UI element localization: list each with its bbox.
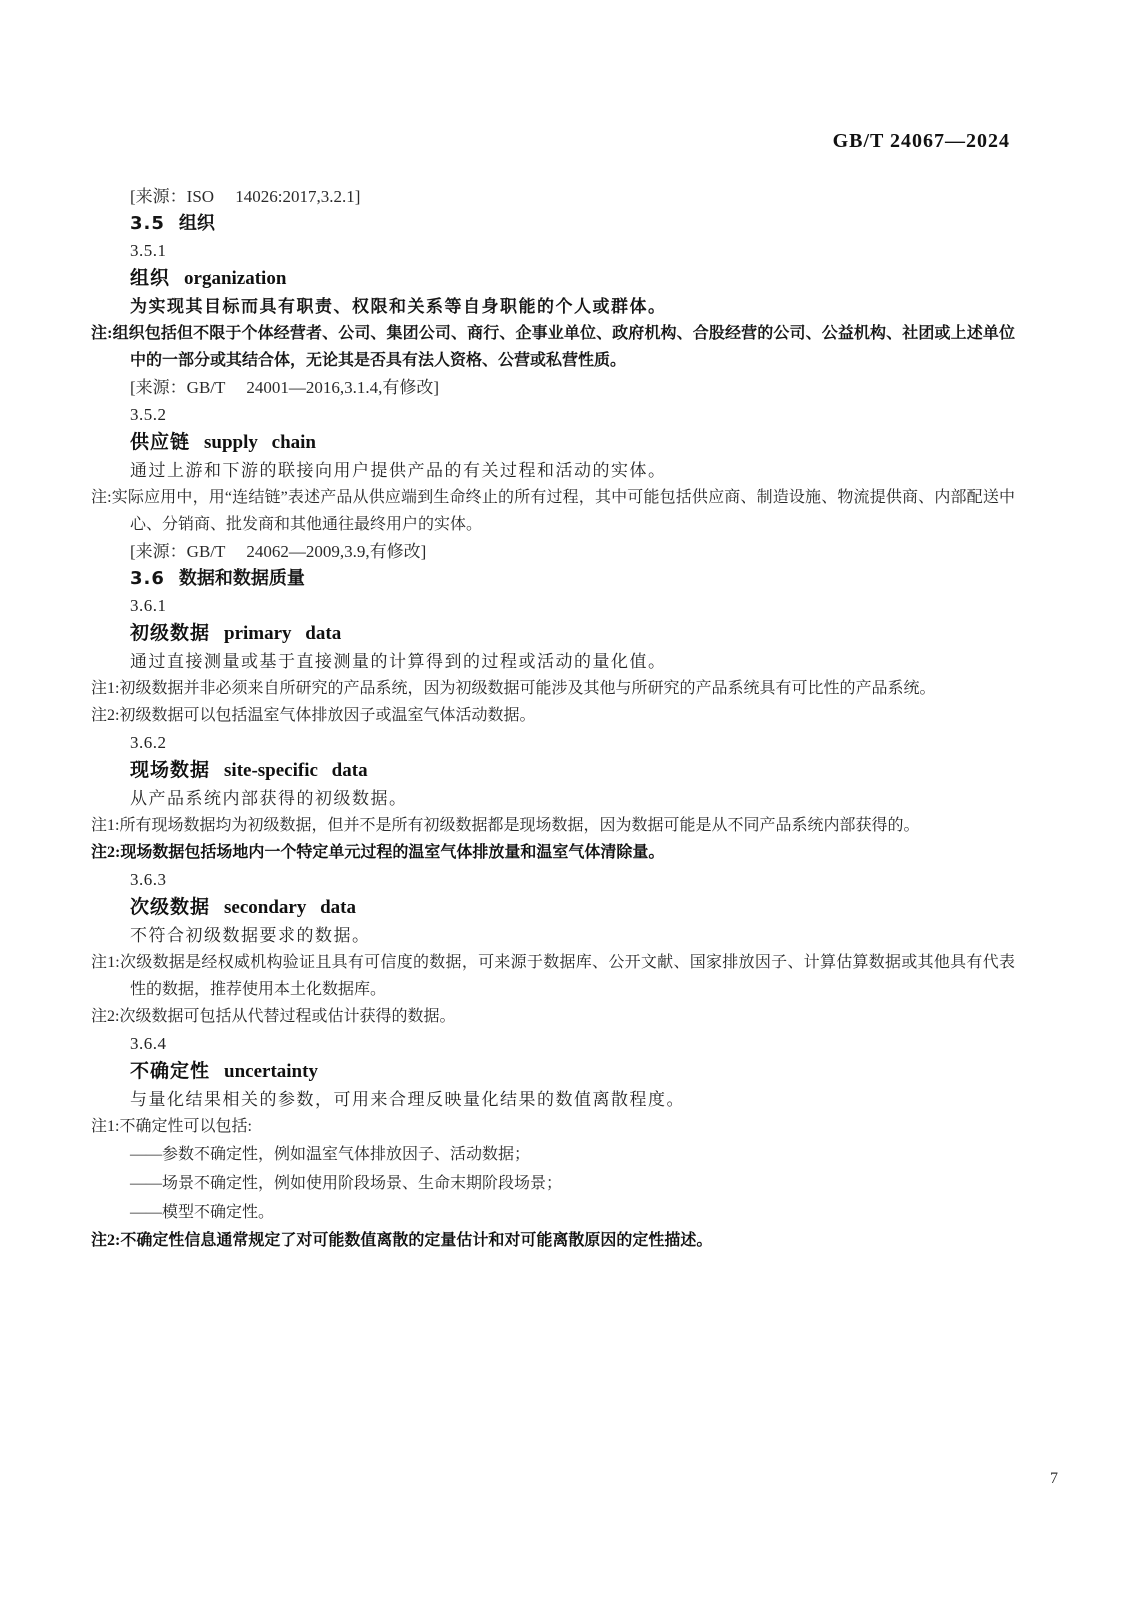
standard-number-header: GB/T 24067—2024 bbox=[833, 130, 1010, 153]
note-text: 初级数据可以包括温室气体排放因子或温室气体活动数据。 bbox=[119, 707, 535, 724]
term-line-secondary-data: 次级数据secondary data bbox=[130, 893, 1015, 922]
term-zh: 供应链 bbox=[130, 431, 190, 453]
section-number: 3.5 bbox=[130, 213, 165, 234]
note-1-uncertainty: 注1:不确定性可以包括: bbox=[130, 1113, 1015, 1140]
term-zh: 次级数据 bbox=[130, 896, 210, 918]
note-label: 注: bbox=[91, 325, 112, 342]
clause-number-3-6-3: 3.6.3 bbox=[130, 866, 1015, 893]
note-text: 不确定性可以包括: bbox=[119, 1118, 251, 1135]
term-zh: 初级数据 bbox=[130, 622, 210, 644]
note-text: 初级数据并非必须来自所研究的产品系统，因为初级数据可能涉及其他与所研究的产品系统… bbox=[119, 680, 935, 697]
term-en: organization bbox=[184, 268, 286, 289]
note-label: 注1: bbox=[91, 680, 119, 697]
definition-site-specific-data: 从产品系统内部获得的初级数据。 bbox=[130, 785, 1015, 812]
term-en: uncertainty bbox=[224, 1061, 318, 1082]
section-number: 3.6 bbox=[130, 568, 165, 589]
note-2-site-specific-data: 注2:现场数据包括场地内一个特定单元过程的温室气体排放量和温室气体清除量。 bbox=[130, 839, 1015, 866]
page-number: 7 bbox=[1050, 1470, 1058, 1488]
section-heading-3-6: 3.6数据和数据质量 bbox=[130, 565, 1015, 592]
term-en: secondary data bbox=[224, 897, 356, 918]
note-supply-chain: 注:实际应用中，用“连结链”表述产品从供应端到生命终止的所有过程，其中可能包括供… bbox=[130, 484, 1015, 538]
note-1-primary-data: 注1:初级数据并非必须来自所研究的产品系统，因为初级数据可能涉及其他与所研究的产… bbox=[130, 675, 1015, 702]
term-line-supply-chain: 供应链supply chain bbox=[130, 428, 1015, 457]
term-zh: 现场数据 bbox=[130, 759, 210, 781]
clause-number-3-6-2: 3.6.2 bbox=[130, 729, 1015, 756]
note-2-primary-data: 注2:初级数据可以包括温室气体排放因子或温室气体活动数据。 bbox=[130, 702, 1015, 729]
definition-uncertainty: 与量化结果相关的参数，可用来合理反映量化结果的数值离散程度。 bbox=[130, 1086, 1015, 1113]
definition-organization: 为实现其目标而具有职责、权限和关系等自身职能的个人或群体。 bbox=[130, 293, 1015, 320]
source-citation-iso: [来源：ISO 14026:2017,3.2.1] bbox=[130, 183, 1015, 210]
note-label: 注2: bbox=[91, 1232, 120, 1249]
note-2-secondary-data: 注2:次级数据可包括从代替过程或估计获得的数据。 bbox=[130, 1003, 1015, 1030]
note-organization: 注:组织包括但不限于个体经营者、公司、集团公司、商行、企事业单位、政府机构、合股… bbox=[130, 320, 1015, 374]
term-en: supply chain bbox=[204, 432, 316, 453]
source-citation-3-5-2: [来源：GB/T 24062—2009,3.9,有修改] bbox=[130, 538, 1015, 565]
definition-supply-chain: 通过上游和下游的联接向用户提供产品的有关过程和活动的实体。 bbox=[130, 457, 1015, 484]
definition-secondary-data: 不符合初级数据要求的数据。 bbox=[130, 922, 1015, 949]
section-title: 组织 bbox=[179, 213, 215, 234]
note-text: 现场数据包括场地内一个特定单元过程的温室气体排放量和温室气体清除量。 bbox=[120, 844, 664, 861]
note-label: 注2: bbox=[91, 1008, 119, 1025]
note-2-uncertainty: 注2:不确定性信息通常规定了对可能数值离散的定量估计和对可能离散原因的定性描述。 bbox=[130, 1227, 1015, 1254]
term-line-organization: 组织organization bbox=[130, 264, 1015, 293]
section-heading-3-5: 3.5组织 bbox=[130, 210, 1015, 237]
note-text: 组织包括但不限于个体经营者、公司、集团公司、商行、企事业单位、政府机构、合股经营… bbox=[112, 325, 1015, 369]
note-1-site-specific-data: 注1:所有现场数据均为初级数据，但并不是所有初级数据都是现场数据，因为数据可能是… bbox=[130, 812, 1015, 839]
uncertainty-list-item-parameter: ——参数不确定性，例如温室气体排放因子、活动数据； bbox=[130, 1140, 1015, 1169]
note-text: 不确定性信息通常规定了对可能数值离散的定量估计和对可能离散原因的定性描述。 bbox=[120, 1232, 712, 1249]
note-label: 注1: bbox=[91, 954, 120, 971]
clause-number-3-5-1: 3.5.1 bbox=[130, 237, 1015, 264]
note-label: 注1: bbox=[91, 817, 119, 834]
note-1-secondary-data: 注1:次级数据是经权威机构验证且具有可信度的数据，可来源于数据库、公开文献、国家… bbox=[130, 949, 1015, 1003]
source-citation-3-5-1: [来源：GB/T 24001—2016,3.1.4,有修改] bbox=[130, 374, 1015, 401]
term-line-primary-data: 初级数据primary data bbox=[130, 619, 1015, 648]
term-line-site-specific-data: 现场数据site-specific data bbox=[130, 756, 1015, 785]
note-label: 注2: bbox=[91, 844, 120, 861]
note-label: 注: bbox=[91, 489, 112, 506]
note-text: 所有现场数据均为初级数据，但并不是所有初级数据都是现场数据，因为数据可能是从不同… bbox=[119, 817, 919, 834]
note-text: 实际应用中，用“连结链”表述产品从供应端到生命终止的所有过程，其中可能包括供应商… bbox=[112, 489, 1015, 533]
page-content: [来源：ISO 14026:2017,3.2.1] 3.5组织 3.5.1 组织… bbox=[130, 183, 1015, 1254]
uncertainty-list-item-model: ——模型不确定性。 bbox=[130, 1198, 1015, 1227]
note-text: 次级数据可包括从代替过程或估计获得的数据。 bbox=[119, 1008, 455, 1025]
term-zh: 组织 bbox=[130, 267, 170, 289]
uncertainty-list-item-scenario: ——场景不确定性，例如使用阶段场景、生命末期阶段场景； bbox=[130, 1169, 1015, 1198]
clause-number-3-6-4: 3.6.4 bbox=[130, 1030, 1015, 1057]
term-en: site-specific data bbox=[224, 760, 368, 781]
clause-number-3-5-2: 3.5.2 bbox=[130, 401, 1015, 428]
term-line-uncertainty: 不确定性uncertainty bbox=[130, 1057, 1015, 1086]
term-zh: 不确定性 bbox=[130, 1060, 210, 1082]
term-en: primary data bbox=[224, 623, 341, 644]
clause-number-3-6-1: 3.6.1 bbox=[130, 592, 1015, 619]
note-label: 注1: bbox=[91, 1118, 119, 1135]
note-text: 次级数据是经权威机构验证且具有可信度的数据，可来源于数据库、公开文献、国家排放因… bbox=[120, 954, 1015, 998]
section-title: 数据和数据质量 bbox=[179, 568, 305, 589]
note-label: 注2: bbox=[91, 707, 119, 724]
definition-primary-data: 通过直接测量或基于直接测量的计算得到的过程或活动的量化值。 bbox=[130, 648, 1015, 675]
document-page: GB/T 24067—2024 [来源：ISO 14026:2017,3.2.1… bbox=[0, 0, 1131, 1600]
